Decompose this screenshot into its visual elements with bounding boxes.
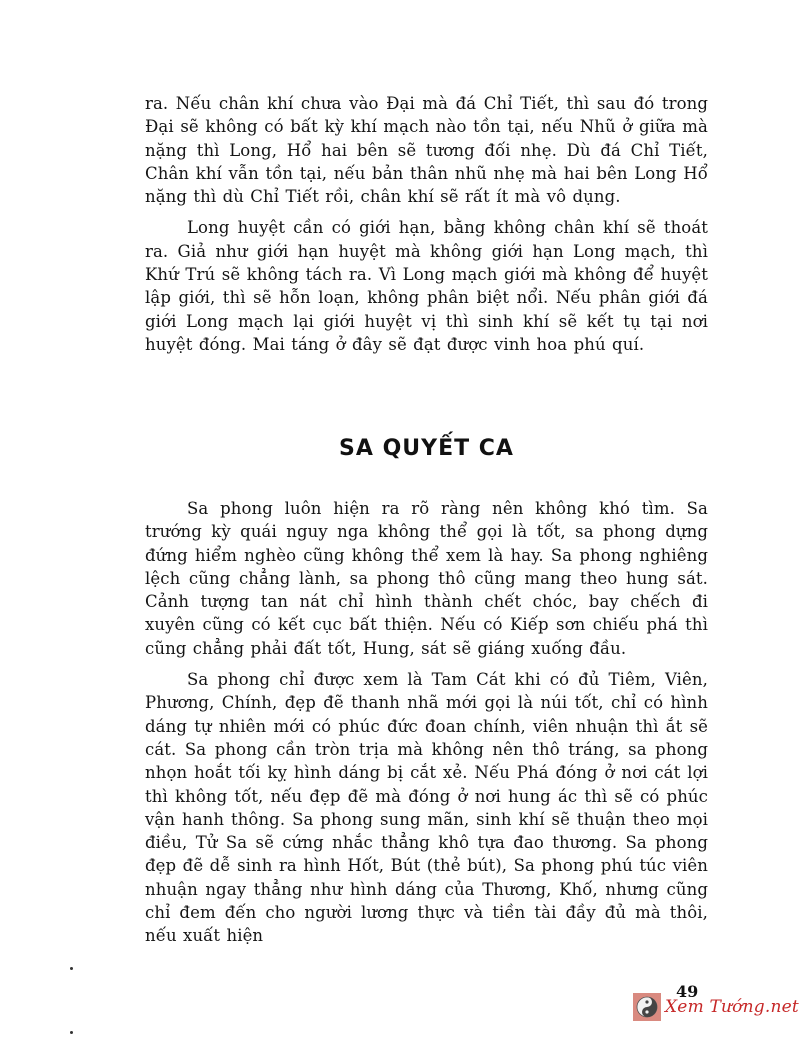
page-number: 49: [676, 982, 698, 1001]
watermark-logo: Xem Tướng.net: [633, 989, 799, 1025]
intro-text: ra. Nếu chân khí chưa vào Đại mà đá Chỉ …: [145, 92, 708, 356]
paragraph-sa-phong-2: Sa phong chỉ được xem là Tam Cát khi có …: [145, 668, 708, 948]
yin-yang-icon: [633, 993, 661, 1021]
scan-dot: [70, 967, 73, 970]
paragraph-sa-phong-1: Sa phong luôn hiện ra rõ ràng nên không …: [145, 497, 708, 660]
section-heading: SA QUYẾT CA: [145, 436, 708, 461]
section-body: Sa phong luôn hiện ra rõ ràng nên không …: [145, 497, 708, 948]
paragraph-continued: ra. Nếu chân khí chưa vào Đại mà đá Chỉ …: [145, 92, 708, 208]
paragraph-long-huyet: Long huyệt cần có giới hạn, bằng không c…: [145, 216, 708, 356]
scan-dot: [70, 1031, 73, 1034]
